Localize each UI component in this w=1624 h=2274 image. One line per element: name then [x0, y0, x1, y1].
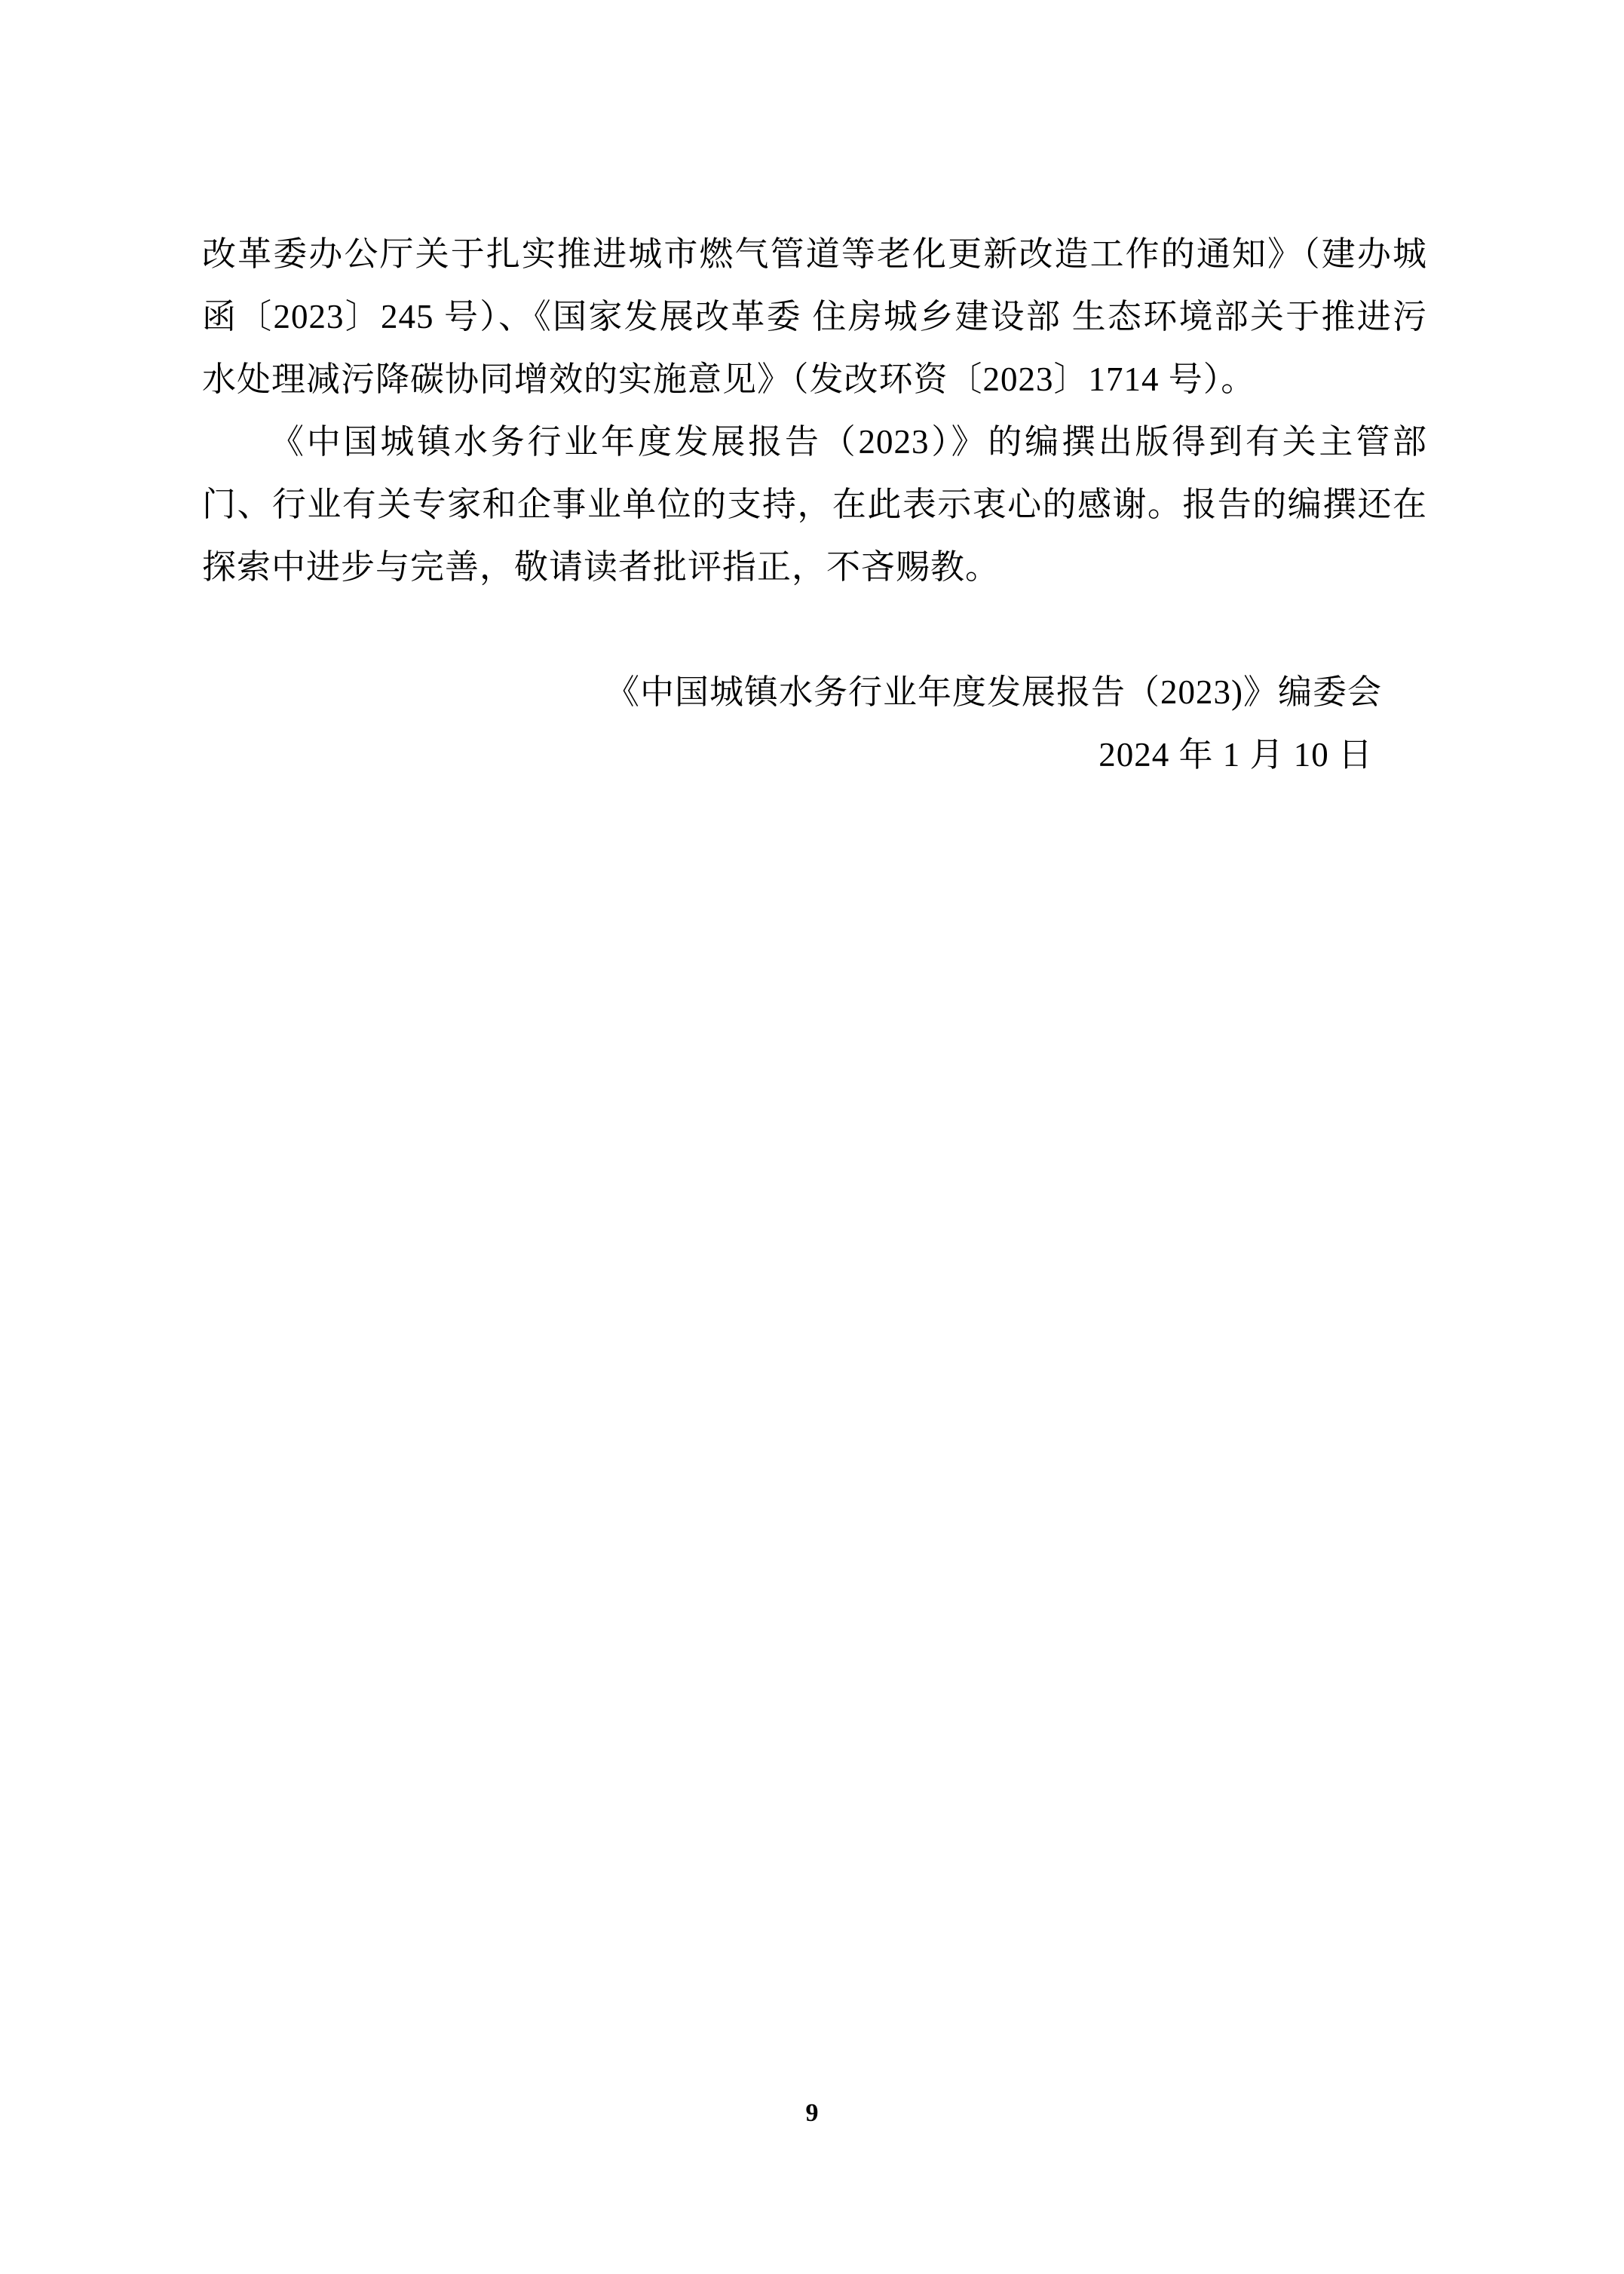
document-page: 改革委办公厅关于扎实推进城市燃气管道等老化更新改造工作的通知》（建办城函〔202…	[0, 0, 1624, 2274]
document-body: 改革委办公厅关于扎实推进城市燃气管道等老化更新改造工作的通知》（建办城函〔202…	[202, 223, 1427, 786]
signature-line: 《中国城镇水务行业年度发展报告（2023)》编委会	[202, 661, 1427, 724]
paragraph-acknowledgement: 《中国城镇水务行业年度发展报告（2023）》的编撰出版得到有关主管部门、行业有关…	[202, 411, 1427, 599]
page-number: 9	[0, 2098, 1624, 2128]
signature-block: 《中国城镇水务行业年度发展报告（2023)》编委会 2024 年 1 月 10 …	[202, 661, 1427, 786]
paragraph-continued: 改革委办公厅关于扎实推进城市燃气管道等老化更新改造工作的通知》（建办城函〔202…	[202, 223, 1427, 411]
date-line: 2024 年 1 月 10 日	[202, 724, 1427, 786]
